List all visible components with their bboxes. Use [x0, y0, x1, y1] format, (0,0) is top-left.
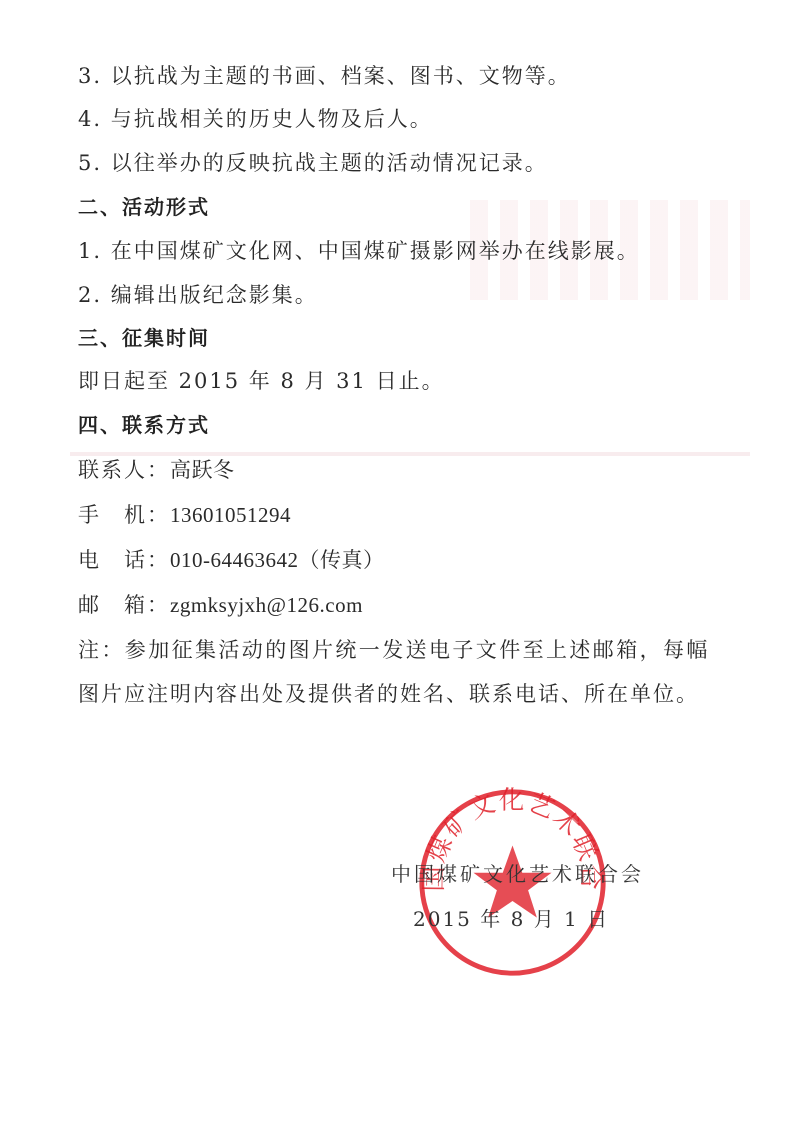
contact-label: 邮 箱： — [78, 590, 170, 620]
list-item: 2. 编辑出版纪念影集。 — [78, 280, 318, 310]
list-item: 4. 与抗战相关的历史人物及后人。 — [78, 104, 433, 134]
contact-label: 电 话： — [78, 545, 170, 575]
contact-label: 手 机： — [78, 500, 170, 530]
note-line-1: 注：参加征集活动的图片统一发送电子文件至上述邮箱，每幅 — [78, 635, 710, 665]
contact-row-person: 联系人：高跃冬 — [78, 455, 235, 485]
contact-value: 高跃冬 — [170, 458, 235, 482]
contact-row-email: 邮 箱：zgmksyjxh@126.com — [78, 590, 363, 620]
section-heading-collection-time: 三、征集时间 — [78, 323, 210, 353]
list-item: 5. 以往举办的反映抗战主题的活动情况记录。 — [78, 148, 548, 178]
contact-value: 13601051294 — [170, 503, 291, 527]
document-page: 3. 以抗战为主题的书画、档案、图书、文物等。 4. 与抗战相关的历史人物及后人… — [0, 0, 800, 1143]
contact-row-mobile: 手 机：13601051294 — [78, 500, 291, 530]
contact-value: 010-64463642（传真） — [170, 548, 385, 572]
section-heading-contact: 四、联系方式 — [78, 410, 210, 440]
contact-value: zgmksyjxh@126.com — [170, 593, 363, 617]
signature-organization: 中国煤矿文化艺术联合会 — [391, 858, 644, 887]
contact-row-phone: 电 话：010-64463642（传真） — [78, 545, 385, 575]
list-item: 3. 以抗战为主题的书画、档案、图书、文物等。 — [78, 61, 571, 91]
section-heading-activity-form: 二、活动形式 — [78, 192, 210, 222]
signature-date: 2015 年 8 月 1 日 — [413, 903, 609, 932]
contact-label: 联系人： — [78, 455, 170, 485]
note-line-2: 图片应注明内容出处及提供者的姓名、联系电话、所在单位。 — [78, 679, 699, 709]
list-item: 1. 在中国煤矿文化网、中国煤矿摄影网举办在线影展。 — [78, 236, 640, 266]
collection-period-text: 即日起至 2015 年 8 月 31 日止。 — [78, 366, 445, 396]
